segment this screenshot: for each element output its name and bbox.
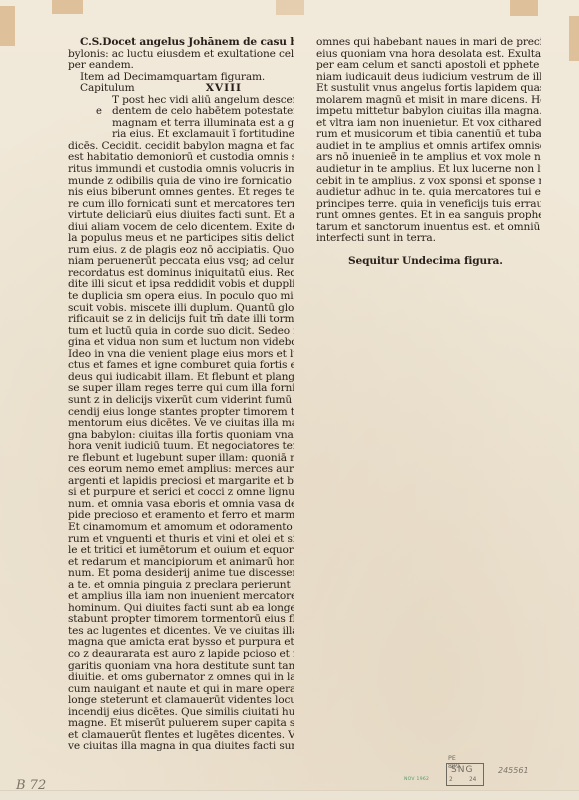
text-line: gina et vidua non sum et luctum non vide… bbox=[68, 337, 294, 349]
tape-mark-top-left bbox=[52, 0, 83, 14]
text-line: tes ac lugentes et dicentes. Ve ve ciuit… bbox=[68, 626, 294, 638]
text-line: niam iudicauit deus iudicium vestrum de … bbox=[316, 72, 541, 84]
chapter-number: XVIII bbox=[206, 83, 242, 95]
text-line: Ideo in vna die venient plage eius mors … bbox=[68, 349, 294, 361]
text-line: si et purpure et serici et cocci z omne … bbox=[68, 487, 294, 499]
text-line: dicēs. Cecidit. cecidit babylon magna et… bbox=[68, 141, 294, 153]
figure-reference: Item ad Decimamquartam figuram. bbox=[68, 72, 294, 84]
text-line: est habitatio demoniorū et custodia omni… bbox=[68, 152, 294, 164]
text-line: ces eorum nemo emet amplius: merces auri… bbox=[68, 464, 294, 476]
chapter-summary-line: bylonis: ac luctu eiusdem et exultatione… bbox=[68, 49, 294, 61]
text-line: argenti et lapidis preciosi et margarite… bbox=[68, 476, 294, 488]
text-line: impetu mittetur babylon ciuitas illa mag… bbox=[316, 106, 541, 118]
text-line: Et cinamomum et amomum et odoramento bbox=[68, 522, 294, 534]
text-line: magne. Et miserūt puluerem super capita … bbox=[68, 718, 294, 730]
text-line: ars nō inuenieē in te amplius et vox mol… bbox=[316, 152, 541, 164]
text-line: Et sustulit vnus angelus fortis lapidem … bbox=[316, 83, 541, 95]
inventory-number: 245561 bbox=[498, 766, 529, 775]
scan-bottom-edge bbox=[0, 790, 579, 800]
text-line: deus qui iudicabit illam. Et flebunt et … bbox=[68, 372, 294, 384]
tape-mark-top-center bbox=[276, 0, 304, 15]
chapter-summary-line: per eandem. bbox=[68, 60, 294, 72]
tape-mark-left-edge bbox=[0, 6, 15, 46]
text-line: diuitie. et oms gubernator z omnes qui i… bbox=[68, 672, 294, 684]
text-line: ritus immundi et custodia omnis volucris… bbox=[68, 164, 294, 176]
text-line: a te. et omnia pinguia z preclara perier… bbox=[68, 580, 294, 592]
text-line: audiet in te amplius et omnis artifex om… bbox=[316, 141, 541, 153]
text-line: pide precioso et eramento et ferro et ma… bbox=[68, 510, 294, 522]
text-line: se super illam reges terre qui cum illa … bbox=[68, 383, 294, 395]
text-line: per eam celum et sancti apostoli et pphe… bbox=[316, 60, 541, 72]
text-line: magna que amicta erat bysso et purpura e… bbox=[68, 637, 294, 649]
text-line: gna babylon: ciuitas illa fortis quoniam… bbox=[68, 430, 294, 442]
text-line: tarum et sanctorum inuentus est. et omni… bbox=[316, 222, 541, 234]
text-line: T post hec vidi aliū angelum descen bbox=[68, 95, 294, 107]
text-line: tum et luctū quia in corde suo dicit. Se… bbox=[68, 326, 294, 338]
green-date-stamp: NOV 1962 bbox=[404, 777, 429, 782]
text-line: runt omnes gentes. Et in ea sanguis prop… bbox=[316, 210, 541, 222]
text-line: cebit in te amplius. z vox sponsi et spo… bbox=[316, 176, 541, 188]
text-line: dite illi sicut et ipsa reddidit vobis e… bbox=[68, 279, 294, 291]
text-line: ve ciuitas illa magna in qua diuites fac… bbox=[68, 741, 294, 753]
text-line: longe steterunt et clamauerūt videntes l… bbox=[68, 695, 294, 707]
chapter-label: Capitulum bbox=[80, 83, 135, 95]
initial-guide-letter: e bbox=[96, 106, 102, 118]
text-line: et vltra iam non inuenietur. Et vox cith… bbox=[316, 118, 541, 130]
text-line: mentorum eius dicētes. Ve ve ciuitas ill… bbox=[68, 418, 294, 430]
text-line: e dentem de celo habētem potestatem bbox=[68, 106, 294, 118]
text-line: num. et omnia vasa eboris et omnia vasa … bbox=[68, 499, 294, 511]
chapter-heading: Capitulum XVIII bbox=[68, 83, 294, 95]
text-line: audietur in te amplius. Et lux lucerne n… bbox=[316, 164, 541, 176]
text-line: rum eius. z de plagis eoz nō accipiatis.… bbox=[68, 245, 294, 257]
text-line: et redarum et mancipiorum et animarū hom… bbox=[68, 557, 294, 569]
text-line: co z deaurarata est auro z lapide pcioso… bbox=[68, 649, 294, 661]
text-line: munde z odibilis quia de vino ire fornic… bbox=[68, 176, 294, 188]
scanned-page: C.S.Docet angelus Johānem de casu ba byl… bbox=[0, 0, 579, 800]
text-line: scuit vobis. miscete illi duplum. Quantū… bbox=[68, 303, 294, 315]
left-text-column: C.S.Docet angelus Johānem de casu ba byl… bbox=[68, 37, 294, 753]
stamp-box: SNG 2 24 bbox=[446, 763, 484, 786]
stamp-label: SNG bbox=[451, 765, 473, 775]
text-line: ctus et fames et igne comburet quia fort… bbox=[68, 360, 294, 372]
text-line: garitis quoniam vna hora destitute sunt … bbox=[68, 661, 294, 673]
text-line: cum nauigant et naute et qui in mare ope… bbox=[68, 684, 294, 696]
stamp-bottom-right: 24 bbox=[469, 776, 476, 783]
text-line: interfecti sunt in terra. bbox=[316, 233, 541, 245]
text-line: et amplius illa iam non inuenient mercat… bbox=[68, 591, 294, 603]
text-line: recordatus est dominus iniquitatū eius. … bbox=[68, 268, 294, 280]
text-line: niam peruenerūt peccata eius vsq; ad cel… bbox=[68, 256, 294, 268]
text-line: molarem magnū et misit in mare dicens. H… bbox=[316, 95, 541, 107]
text-line: principes terre. quia in veneficijs tuis… bbox=[316, 199, 541, 211]
right-text-column: omnes qui habebant naues in mari de prec… bbox=[316, 37, 541, 267]
chapter-summary-line: C.S.Docet angelus Johānem de casu ba bbox=[68, 37, 294, 49]
text-line: audietur adhuc in te. quia mercatores tu… bbox=[316, 187, 541, 199]
tape-mark-top-right bbox=[510, 0, 538, 16]
text-line: magnam et terra illuminata est a glo bbox=[68, 118, 294, 130]
text-line: ria eius. Et exclamauit ī fortitudine bbox=[68, 129, 294, 141]
text-line: re cum illo fornicati sunt et mercatores… bbox=[68, 199, 294, 211]
text-line: hominum. Qui diuites facti sunt ab ea lo… bbox=[68, 603, 294, 615]
text-line: te duplicia sm opera eius. In poculo quo… bbox=[68, 291, 294, 303]
text-line: incendij eius dicētes. Que similis ciuit… bbox=[68, 707, 294, 719]
stamp-bottom-left: 2 bbox=[449, 776, 453, 783]
text-line: nis eius biberunt omnes gentes. Et reges… bbox=[68, 187, 294, 199]
text-line: diui aliam vocem de celo dicentem. Exite… bbox=[68, 222, 294, 234]
text-line: sunt z in delicijs vixerūt cum viderint … bbox=[68, 395, 294, 407]
text-line: et clamauerūt flentes et lugētes dicente… bbox=[68, 730, 294, 742]
text-line: re flebunt et lugebunt super illam: quon… bbox=[68, 453, 294, 465]
text-line: num. Et poma desiderij anime tue discess… bbox=[68, 568, 294, 580]
text-line: virtute deliciarū eius diuites facti sun… bbox=[68, 210, 294, 222]
text-line: omnes qui habebant naues in mari de prec… bbox=[316, 37, 541, 49]
text-line: stabunt propter timorem tormentorū eius … bbox=[68, 614, 294, 626]
tape-mark-right-edge bbox=[569, 16, 579, 61]
text-line: hora venit iudiciū tuum. Et negociatores… bbox=[68, 441, 294, 453]
text-line: le et tritici et iumētorum et ouium et e… bbox=[68, 545, 294, 557]
text-line: la populus meus et ne participes sitis d… bbox=[68, 233, 294, 245]
closing-rubric: Sequitur Undecima figura. bbox=[316, 256, 541, 268]
text-line: rum et musicorum et tibia canentiū et tu… bbox=[316, 129, 541, 141]
text-line: eius quoniam vna hora desolata est. Exul… bbox=[316, 49, 541, 61]
text-line: rificauit se z in delicijs fuit tm̄ date… bbox=[68, 314, 294, 326]
text-line: rum et vnguenti et thuris et vini et ole… bbox=[68, 534, 294, 546]
text-line: cendij eius longe stantes propter timore… bbox=[68, 407, 294, 419]
